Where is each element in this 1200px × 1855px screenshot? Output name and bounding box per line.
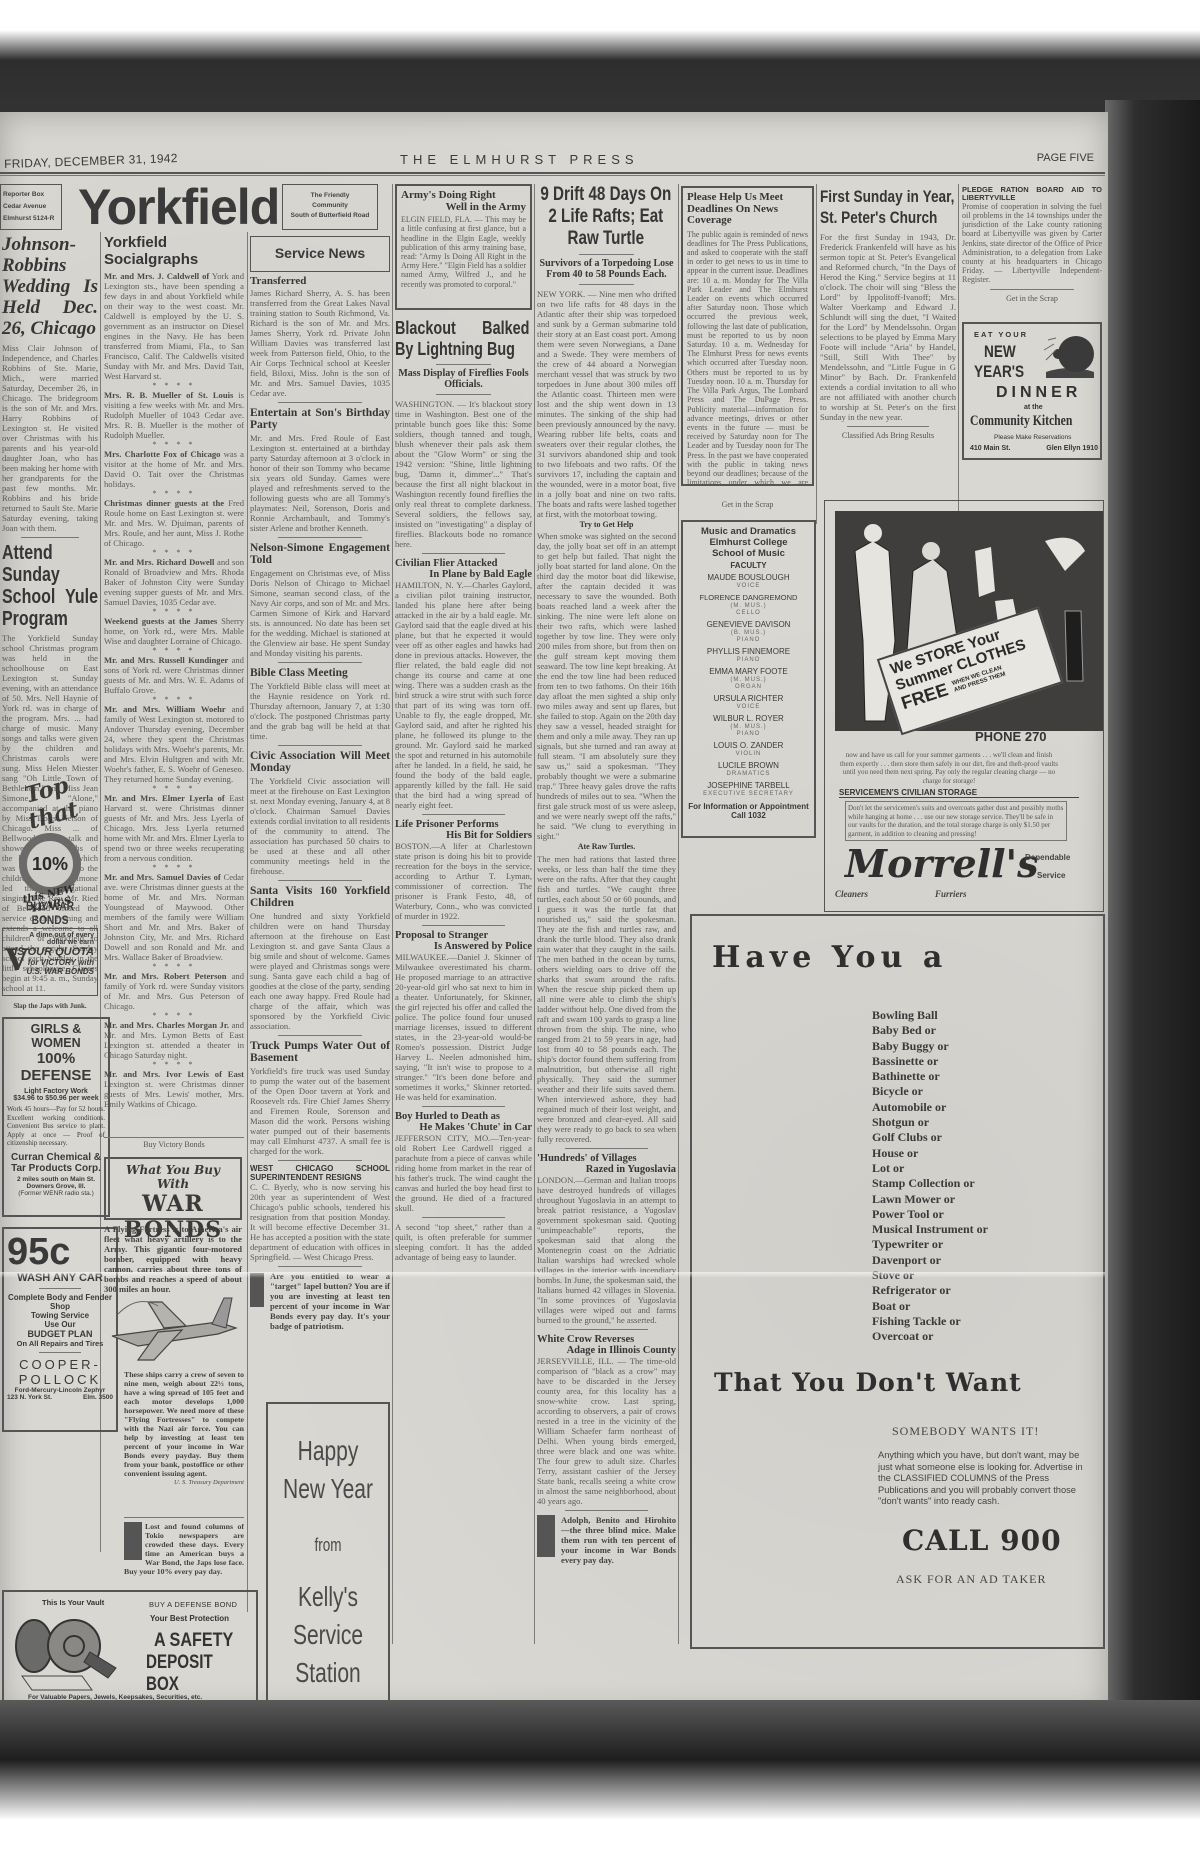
boy-headline-2: He Makes 'Chute' in Car [395,1122,532,1133]
defense-sub: Light Factory Work [7,1088,105,1095]
column-3: Transferred James Richard Sherry, A. S. … [250,276,390,1331]
morrell-body: now and have us call for your summer gar… [839,751,1059,785]
faculty-member: LUCILE BROWNDRAMATICS [685,761,812,778]
kelly-line: Kelly's [283,1578,373,1616]
crow-headline-2: Adage in Illinois County [537,1345,676,1356]
music-footer: For Information or Appointment Call 1032 [685,802,812,820]
birthday-headline: Entertain at Son's Birthday Party [250,407,390,431]
item-line: Automobile or [872,1100,988,1115]
service-news-title: Service News [251,237,389,261]
eagle-body: HAMILTON, N. Y.—Charles Gaylord, a civil… [395,580,532,810]
morrell-phone: PHONE 270 [975,729,1047,744]
flag-soldier-icon [124,1522,142,1560]
dont-want-headline: That You Don't Want [714,1368,1022,1397]
prisoner-body: BOSTON.—A lifer at Charlestown state pri… [395,841,532,921]
reporter-line: Cedar Avenue [3,201,59,213]
item-line: Lot or [872,1161,988,1176]
music-school-ad[interactable]: Music and Dramatics Elmhurst College Sch… [681,520,816,838]
mice-text: Adolph, Benito and Hirohito —the three b… [561,1515,676,1565]
bible-body: The Yorkfield Bible class will meet at t… [250,681,390,741]
social-item: Mr. and Mrs. Robert Peterson and family … [104,971,244,1011]
engagement-headline: Nelson-Simone Engagement Told [250,542,390,566]
kelly-line: Service [283,1616,373,1654]
column-rule [816,184,817,524]
target-pin-text: Are you entitled to wear a "target" lape… [270,1271,390,1331]
yugoslavia-headline-1: 'Hundreds' of Villages [537,1153,676,1164]
wedding-body: Miss Clair Johnson of Independence, and … [2,343,98,533]
cleaners-label: Cleaners [835,889,868,899]
banner-line: The Friendly [285,191,375,201]
column-rule [678,184,679,1644]
prisoner-headline-2: His Bit for Soldiers [395,830,532,841]
scan-border-bottom [0,1700,1200,1855]
friendly-community-box: The Friendly Community South of Butterfi… [282,184,378,230]
ask-for-ad-taker: ASK FOR AN AD TAKER [896,1572,1047,1587]
reporter-line: Elmhurst 5124-R [3,213,59,225]
church-headline: First Sunday in Year, St. Peter's Church [820,186,954,228]
service-news-body: James Richard Sherry, A. S. has been tra… [250,288,390,398]
classified-body: Anything which you have, but don't want,… [878,1450,1088,1508]
social-item: Mr. and Mrs. Charles Morgan Jr. and Mr. … [104,1020,244,1060]
carwash-address: 123 N. York St. [7,1394,52,1401]
storage-body: Don't let the servicemen's suits and ove… [845,801,1067,841]
blackout-headline: Blackout Balked By Lightning Bug [395,318,529,360]
crow-body: JERSEYVILLE, ILL. — The time-old compari… [537,1356,676,1506]
service-news-box: Service News [250,236,390,272]
item-line: Bassinette or [872,1054,988,1069]
social-item: Mr. and Mrs. Russell Kundinger and sons … [104,655,244,695]
yugoslavia-body: LONDON.—German and Italian troops have d… [537,1175,676,1325]
defense-body: Work 45 hours—Pay for 52 hours. Excellen… [7,1105,105,1148]
morrells-cleaners-ad[interactable]: We STORE Your Summer CLOTHES FREE WHEN W… [824,500,1104,912]
social-item: Mr. and Mrs. William Woehr and family of… [104,704,244,784]
faculty-member: JOSEPHINE TARBELLEXECUTIVE SECRETARY [685,781,812,798]
classified-slogan: Classified Ads Bring Results [820,431,956,441]
faculty-member: WILBUR L. ROYER(M. MUS.)PIANO [685,714,812,738]
social-item: Weekend guests at the James Sherry home,… [104,616,244,646]
defense-address: 2 miles south on Main St. Downers Grove,… [7,1176,105,1190]
faculty-list: MAUDE BOUSLOUGHVOICE FLORENCE DANGREMOND… [685,573,812,798]
item-line: Musical Instrument or [872,1222,988,1237]
item-line: Bicycle or [872,1084,988,1099]
faculty-member: URSULA RICHTERVOICE [685,694,812,711]
item-line: House or [872,1146,988,1161]
column-2: Yorkfield Socialgraphs Mr. and Mrs. J. C… [104,234,244,1109]
faculty-label: FACULTY [685,561,812,570]
defense-note: (Former WENR radio sta.) [7,1190,105,1197]
call-900: CALL 900 [902,1524,1062,1557]
quota-line: A dime out of every [6,932,94,939]
bible-headline: Bible Class Meeting [250,667,390,679]
dinner-eat: EAT YOUR [974,330,1028,339]
flag-icon [250,1273,264,1307]
lost-found-filler: Lost and found columns of Tokio newspape… [124,1517,244,1576]
army-headline-1: Army's Doing Right [401,190,526,202]
deposit-box-line: DEPOSIT BOX [146,1652,234,1696]
page-number: PAGE FIVE [1037,152,1094,164]
ration-body: Promise of cooperation in solving the fu… [962,202,1102,285]
proposal-headline-1: Proposal to Stranger [395,930,532,941]
army-doing-right-box: Army's Doing Right Well in the Army ELGI… [395,184,532,310]
blackout-subhead: Mass Display of Fireflies Fools Official… [395,369,532,390]
defense-pay: $34.96 to $50.96 per week [7,1095,105,1102]
best-protection-line: Your Best Protection [150,1614,229,1623]
eagle-headline-1: Civilian Flier Attacked [395,558,532,569]
war-bonds-text: These ships carry a crew of seven to nin… [124,1370,244,1478]
japs-junk-slogan: Slap the Japs with Junk. [2,1002,98,1010]
fold-crease [0,1272,1105,1278]
item-line: Refrigerator or [872,1283,988,1298]
scan-border-right [1105,100,1200,1720]
civic-headline: Civic Association Will Meet Monday [250,750,390,774]
truck-headline: Truck Pumps Water Out of Basement [250,1040,390,1064]
treasury-credit: U. S. Treasury Department [124,1478,244,1487]
birthday-body: Mr. and Mrs. Fred Roule of East Lexingto… [250,433,390,533]
scrap-slogan: Get in the Scrap [681,500,814,509]
newspaper-page: FRIDAY, DECEMBER 31, 1942 THE ELMHURST P… [0,112,1108,1712]
turkey-icon [1042,330,1098,380]
masthead: FRIDAY, DECEMBER 31, 1942 THE ELMHURST P… [0,150,1108,174]
faculty-member: LOUIS O. ZANDERVIOLIN [685,741,812,758]
church-body: For the first Sunday in 1943, Dr. Freder… [820,232,956,422]
war-bonds-body-2: These ships carry a crew of seven to nin… [124,1370,244,1487]
truck-body: Yorkfield's fire truck was used Sunday t… [250,1066,390,1156]
santa-body: One hundred and sixty Yorkfield children… [250,911,390,1031]
drift-body-2: When smoke was sighted on the second day… [537,531,676,841]
faculty-member: FLORENCE DANGREMOND(M. MUS.)CELLO [685,593,812,617]
item-line: Baby Bed or [872,1023,988,1038]
west-chicago-headline: WEST CHICAGO SCHOOL SUPERINTENDENT RESIG… [250,1165,390,1182]
dinner-note: Please Make Reservations [994,434,1071,441]
faculty-member: EMMA MARY FOOTE(M. MUS.)ORGAN [685,667,812,691]
army-body: ELGIN FIELD, FLA. — This may be a little… [401,215,526,289]
carwash-company: POLLOCK [7,1372,113,1387]
carwash-service: BUDGET PLAN [7,1329,113,1339]
civic-body: The Yorkfield Civic association will mee… [250,776,390,876]
faculty-member: MAUDE BOUSLOUGHVOICE [685,573,812,590]
vault-label: This Is Your Vault [42,1598,104,1607]
vault-door-icon [12,1612,122,1692]
quota-war-bonds-ad[interactable]: V A dime out of every dollar we earn IS … [2,928,98,996]
drift-body: NEW YORK. — Nine men who drifted on two … [537,289,676,519]
ration-headline: PLEDGE RATION BOARD AID TO LIBERTYVILLE [962,186,1102,202]
social-item: Mr. and Mrs. Richard Dowell and son Rona… [104,557,244,607]
yorkfield-reporter-box: Reporter Box Cedar Avenue Elmhurst 5124-… [0,184,62,230]
wedding-headline: Johnson-Robbins Wedding Is Held Dec. 26,… [2,234,98,339]
dinner-new: NEW [984,342,1016,362]
defense-headline-1: GIRLS & WOMEN [7,1022,105,1050]
transferred-subhead: Transferred [250,276,390,288]
scan-border-top [0,0,1200,118]
carwash-price: 95c [7,1232,113,1272]
carwash-phone: Elm. 3500 [83,1394,113,1401]
social-item: Mrs. Charlotte Fox of Chicago was a visi… [104,449,244,489]
column-rule [958,184,959,524]
item-line: Baby Buggy or [872,1039,988,1054]
column-8: PLEDGE RATION BOARD AID TO LIBERTYVILLE … [962,186,1102,304]
victory-bonds-slogan: Buy Victory Bonds [104,1137,244,1149]
kelly-service-station-ad[interactable]: Happy New Year from Kelly's Service Stat… [266,1402,390,1732]
deadlines-body: The public again is reminded of news dea… [687,230,808,486]
item-line: Boat or [872,1299,988,1314]
social-item: Christmas dinner guests at the Fred Roul… [104,498,244,548]
crow-headline-1: White Crow Reverses [537,1334,676,1345]
flying-fortress-illustration [108,1284,244,1364]
somebody-wants-it: SOMEBODY WANTS IT! [892,1424,1039,1439]
engagement-body: Engagement on Christmas eve, of Miss Dor… [250,568,390,658]
item-line: Power Tool or [872,1207,988,1222]
drift-subhead-help: Try to Get Help [537,521,676,529]
deadlines-box: Please Help Us Meet Deadlines On News Co… [681,186,814,486]
faculty-member: PHYLLIS FINNEMOREPIANO [685,647,812,664]
social-item: Mr. and Mrs. Elmer Lyerla of East Harvar… [104,793,244,863]
drift-subhead-turtles: Ate Raw Turtles. [537,843,676,851]
army-headline-2: Well in the Army [401,202,526,214]
cooper-pollock-carwash-ad[interactable]: 95c WASH ANY CAR Complete Body and Fende… [2,1227,118,1432]
new-years-dinner-ad[interactable]: EAT YOUR NEW YEAR'S DINNER at the Commun… [962,322,1102,460]
kelly-line: from [283,1530,373,1560]
social-item: Mr. and Mrs. J. Caldwell of York and Lex… [104,271,244,381]
banner-line: South of Butterfield Road [285,211,375,221]
three-blind-mice-filler: Adolph, Benito and Hirohito —the three b… [537,1515,676,1565]
carwash-company: COOPER- [7,1357,113,1372]
deadlines-headline: Please Help Us Meet Deadlines On News Co… [687,192,808,227]
items-list: Bowling Ball Baby Bed or Baby Buggy or B… [872,1008,988,1345]
dinner-dinner: DINNER [996,384,1081,402]
kelly-line: New Year [283,1470,373,1508]
furriers-label: Furriers [935,889,967,899]
war-bonds-script: What You Buy With [110,1163,236,1191]
issue-date: FRIDAY, DECEMBER 31, 1942 [4,151,178,171]
buy-war-bonds-footer: BUY WAR BONDS [9,899,91,927]
ten-percent-number: 10% [32,854,68,875]
west-chicago-body: C. C. Byerly, who is now serving his 20t… [250,1182,390,1262]
santa-headline: Santa Visits 160 Yorkfield Children [250,885,390,909]
social-item: Mr. and Mrs. Ivor Lewis of East Lexingto… [104,1069,244,1109]
defense-company: Curran Chemical & Tar Products Corp. [7,1152,105,1174]
dinner-years: YEAR'S [974,362,1024,382]
carwash-service: Complete Body and Fender Shop [7,1293,113,1311]
reporter-line: Reporter Box [3,189,59,201]
have-you-a-headline: Have You a [712,940,947,975]
item-line: Stamp Collection or [872,1176,988,1191]
yugoslavia-headline-2: Razed in Yugoslavia [537,1164,676,1175]
defense-headline-2: 100% DEFENSE [7,1050,105,1084]
column-rule [392,184,393,1644]
item-line: Davenport or [872,1253,988,1268]
eagle-headline-2: In Plane by Bald Eagle [395,569,532,580]
item-line: Overcoat or [872,1329,988,1344]
music-title: School of Music [685,548,812,559]
defense-bond-line: BUY A DEFENSE BOND [149,1600,237,1609]
carwash-brands: Ford-Mercury-Lincoln Zephyr [7,1387,113,1394]
item-line: Lawn Mower or [872,1192,988,1207]
prisoner-headline-1: Life Prisoner Performs [395,819,532,830]
defense-jobs-ad[interactable]: GIRLS & WOMEN 100% DEFENSE Light Factory… [2,1017,110,1217]
dependable-label: Dependable [1025,853,1070,862]
dinner-address-row: 410 Main St. Glen Ellyn 1910 [970,445,1098,452]
yorkfield-title: Yorkfield [78,178,279,236]
carwash-service: Towing Service [7,1311,113,1320]
column-rule [247,232,248,1612]
kelly-line: Happy [283,1432,373,1470]
drift-headline: 9 Drift 48 Days On 2 Life Rafts; Eat Raw… [537,184,675,250]
item-line: Golf Clubs or [872,1130,988,1145]
item-line: Bathinette or [872,1069,988,1084]
service-label: Service [1037,871,1065,880]
music-title: Elmhurst College [685,537,812,548]
safety-line: A SAFETY [154,1630,233,1652]
socialgraphs-headline: Yorkfield Socialgraphs [104,234,214,268]
war-bonds-ad[interactable]: What You Buy With WAR BONDS [104,1157,242,1220]
social-item: Mr. and Mrs. Samuel Davies of Cedar ave.… [104,872,244,962]
carwash-service: On All Repairs and Tires [7,1339,113,1348]
boy-body: JEFFERSON CITY, MO.—Ten-year-old Robert … [395,1133,532,1213]
dinner-at: at the [1024,404,1043,411]
paper-name: THE ELMHURST PRESS [400,152,639,167]
kelly-line: Station [283,1654,373,1692]
social-item: Mrs. R. B. Mueller of St. Louis is visit… [104,390,244,440]
v-victory-icon: V [5,943,28,978]
proposal-headline-2: Is Answered by Police [395,941,532,952]
carwash-service: Use Our [7,1320,113,1329]
faculty-member: GENEVIEVE DAVISON(B. MUS.)PIANO [685,620,812,644]
morrells-logo: Morrell's [845,841,1039,886]
scrap-slogan-2: Get in the Scrap [962,294,1102,304]
flag-soldier-icon [537,1515,555,1557]
boy-headline-1: Boy Hurled to Death as [395,1111,532,1122]
proposal-body: MILWAUKEE.—Daniel J. Skinner of Milwauke… [395,952,532,1102]
item-line: Bowling Ball [872,1008,988,1023]
column-rule [534,184,535,1644]
top-that-war-bonds-ad[interactable]: Top that 10% this NEW YEAR'S [2,777,98,897]
dinner-venue: Community Kitchen [970,413,1072,430]
drift-body-3: The men had rations that lasted three we… [537,854,676,1144]
banner-line: Community [285,201,375,211]
top-sheet-filler: A second "top sheet," rather than a quil… [395,1222,532,1262]
blackout-body: WASHINGTON. — It's blackout story time i… [395,399,532,549]
classified-ads-promo[interactable]: Have You a Bowling Ball Baby Bed or Baby… [690,914,1105,1649]
item-line: Shotgun or [872,1115,988,1130]
carwash-address-row: 123 N. York St. Elm. 3500 [7,1394,113,1401]
masthead-rule [0,172,1105,176]
yule-headline: Attend Sunday School Yule Program [2,542,98,630]
top-that-script: Top that [0,765,103,840]
column-4: Blackout Balked By Lightning Bug Mass Di… [395,318,532,1262]
drift-subhead: Survivors of a Torpedoing Lose From 40 t… [537,259,676,280]
lost-found-text: Lost and found columns of Tokio newspape… [124,1522,244,1576]
item-line: Typewriter or [872,1237,988,1252]
column-5: 9 Drift 48 Days On 2 Life Rafts; Eat Raw… [537,184,676,1565]
storage-title: SERVICEMEN'S CIVILIAN STORAGE [839,788,1079,798]
music-title: Music and Dramatics [685,526,812,537]
target-pin-filler: Are you entitled to wear a "target" lape… [250,1271,390,1331]
column-7: First Sunday in Year, St. Peter's Church… [820,186,956,441]
item-line: Fishing Tackle or [872,1314,988,1329]
